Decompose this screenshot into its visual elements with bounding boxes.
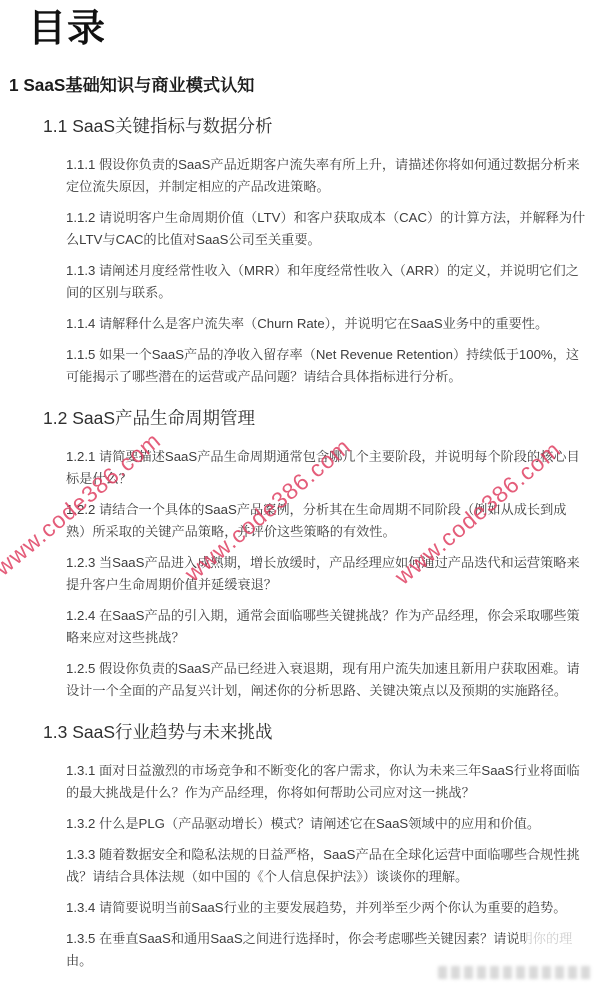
toc-item: 1.3.2 什么是PLG（产品驱动增长）模式？请阐述它在SaaS领域中的应用和价… (66, 813, 586, 835)
toc-item: 1.2.3 当SaaS产品进入成熟期，增长放缓时，产品经理应如何通过产品迭代和运… (66, 552, 586, 596)
section-heading: 1.2 SaaS产品生命周期管理 (43, 406, 600, 430)
toc-item: 1.1.1 假设你负责的SaaS产品近期客户流失率有所上升，请描述你将如何通过数… (66, 154, 586, 198)
toc-item: 1.3.3 随着数据安全和隐私法规的日益严格，SaaS产品在全球化运营中面临哪些… (66, 844, 586, 888)
toc-section: 1.1 SaaS关键指标与数据分析1.1.1 假设你负责的SaaS产品近期客户流… (0, 114, 600, 388)
toc-section: 1.3 SaaS行业趋势与未来挑战1.3.1 面对日益激烈的市场竞争和不断变化的… (0, 720, 600, 972)
white-badge-overlay (526, 916, 600, 948)
toc-item: 1.2.2 请结合一个具体的SaaS产品案例，分析其在生命周期不同阶段（例如从成… (66, 499, 586, 543)
toc-item: 1.1.4 请解释什么是客户流失率（Churn Rate），并说明它在SaaS业… (66, 313, 586, 335)
toc-page: 目录 1 SaaS基础知识与商业模式认知 1.1 SaaS关键指标与数据分析1.… (0, 4, 600, 996)
toc-sections: 1.1 SaaS关键指标与数据分析1.1.1 假设你负责的SaaS产品近期客户流… (0, 114, 600, 972)
section-heading: 1.3 SaaS行业趋势与未来挑战 (43, 720, 600, 744)
toc-item: 1.2.1 请简要描述SaaS产品生命周期通常包含哪几个主要阶段，并说明每个阶段… (66, 446, 586, 490)
toc-item: 1.3.4 请简要说明当前SaaS行业的主要发展趋势，并列举至少两个你认为重要的… (66, 897, 586, 919)
toc-item: 1.2.4 在SaaS产品的引入期，通常会面临哪些关键挑战？作为产品经理，你会采… (66, 605, 586, 649)
toc-section: 1.2 SaaS产品生命周期管理1.2.1 请简要描述SaaS产品生命周期通常包… (0, 406, 600, 702)
toc-item: 1.3.1 面对日益激烈的市场竞争和不断变化的客户需求，你认为未来三年SaaS行… (66, 760, 586, 804)
toc-item: 1.2.5 假设你负责的SaaS产品已经进入衰退期，现有用户流失加速且新用户获取… (66, 658, 586, 702)
toc-item: 1.1.3 请阐述月度经常性收入（MRR）和年度经常性收入（ARR）的定义，并说… (66, 260, 586, 304)
toc-item: 1.1.5 如果一个SaaS产品的净收入留存率（Net Revenue Rete… (66, 344, 586, 388)
chapter-heading: 1 SaaS基础知识与商业模式认知 (9, 74, 600, 96)
page-title: 目录 (28, 4, 600, 54)
section-heading: 1.1 SaaS关键指标与数据分析 (43, 114, 600, 138)
ghost-watermark (438, 966, 592, 979)
toc-item: 1.1.2 请说明客户生命周期价值（LTV）和客户获取成本（CAC）的计算方法，… (66, 207, 586, 251)
